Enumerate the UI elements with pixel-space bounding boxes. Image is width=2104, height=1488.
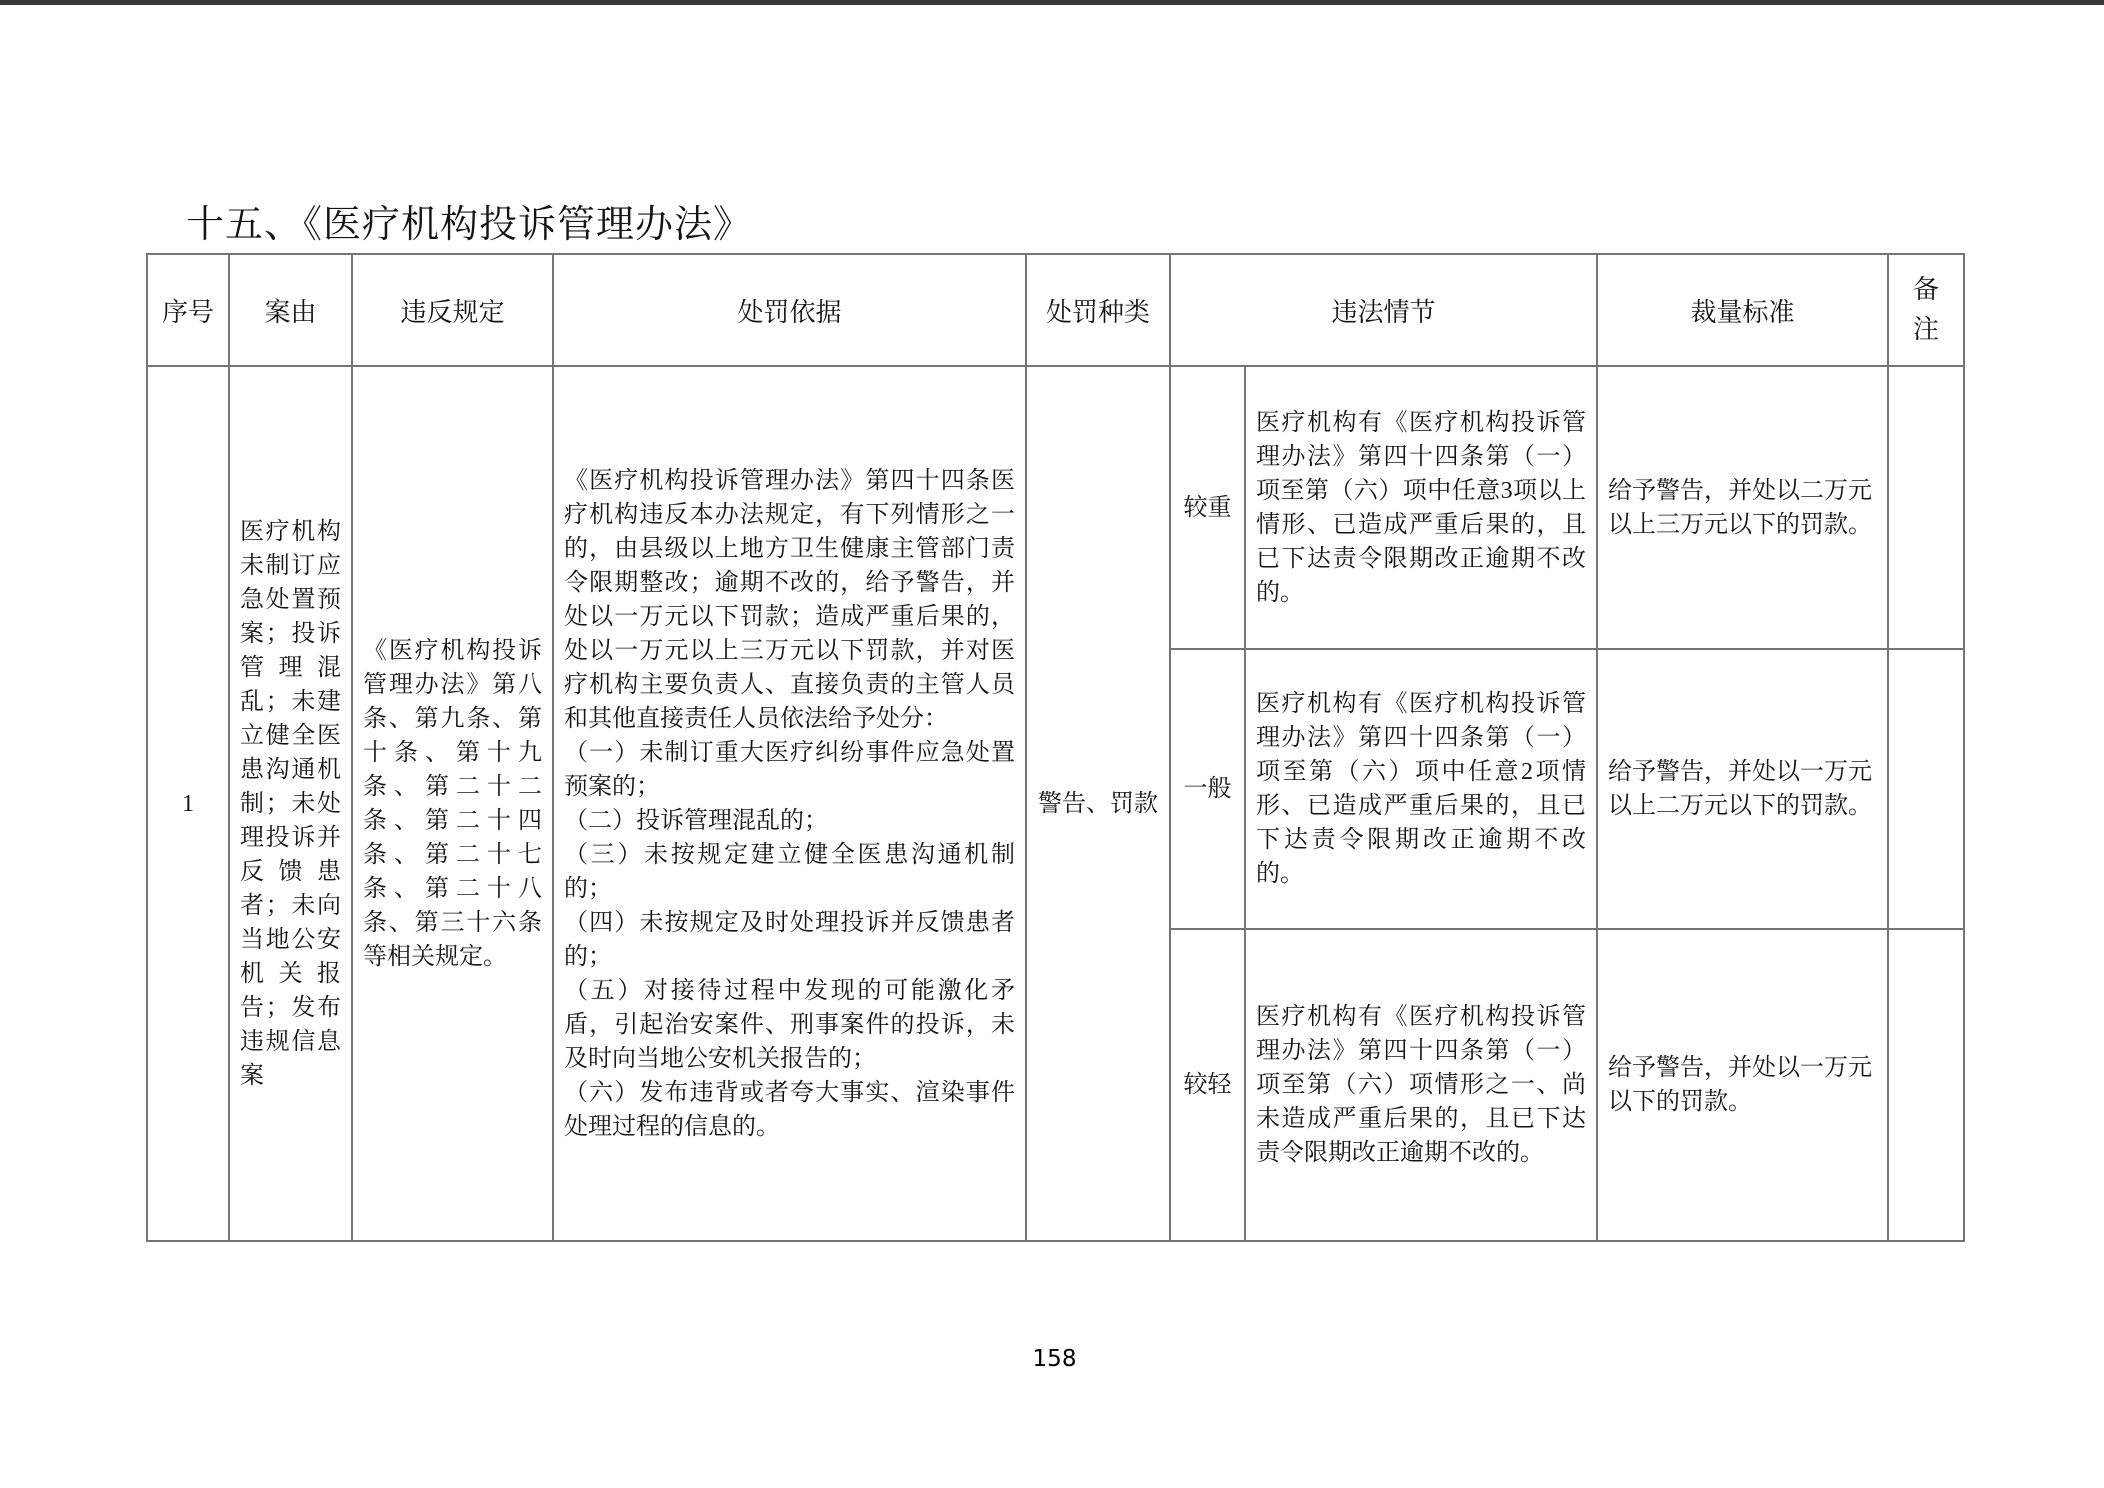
header-discretion-standard: 裁量标准 bbox=[1597, 254, 1888, 366]
penalty-type-cell: 警告、罚款 bbox=[1026, 366, 1170, 1241]
discretion-standard-cell: 给予警告，并处以一万元以上二万元以下的罚款。 bbox=[1597, 649, 1888, 929]
remarks-cell bbox=[1888, 929, 1964, 1241]
window-top-edge bbox=[0, 0, 2104, 5]
severity-cell: 较轻 bbox=[1170, 929, 1245, 1241]
remarks-cell bbox=[1888, 366, 1964, 649]
severity-cell: 一般 bbox=[1170, 649, 1245, 929]
index-cell: 1 bbox=[147, 366, 229, 1241]
header-violated-provisions: 违反规定 bbox=[352, 254, 553, 366]
header-remarks-label: 备注 bbox=[1911, 270, 1941, 351]
header-penalty-type: 处罚种类 bbox=[1026, 254, 1170, 366]
header-cause: 案由 bbox=[229, 254, 352, 366]
discretion-standard-cell: 给予警告，并处以一万元以下的罚款。 bbox=[1597, 929, 1888, 1241]
header-violation-circumstances: 违法情节 bbox=[1170, 254, 1597, 366]
page-title: 十五、《医疗机构投诉管理办法》 bbox=[186, 193, 752, 248]
circumstance-description-cell: 医疗机构有《医疗机构投诉管理办法》第四十四条第（一）项至第（六）项情形之一、尚未… bbox=[1245, 929, 1597, 1241]
penalty-discretion-table: 序号 案由 违反规定 处罚依据 处罚种类 违法情节 裁量标准 备注 1 医疗机构… bbox=[146, 253, 1965, 1242]
remarks-cell bbox=[1888, 649, 1964, 929]
circumstance-description-cell: 医疗机构有《医疗机构投诉管理办法》第四十四条第（一）项至第（六）项中任意2项情形… bbox=[1245, 649, 1597, 929]
header-index: 序号 bbox=[147, 254, 229, 366]
table-row: 1 医疗机构未制订应急处置预案；投诉管理混乱；未建立健全医患沟通机制；未处理投诉… bbox=[147, 366, 1964, 649]
page-number: 158 bbox=[146, 1346, 1963, 1372]
discretion-standard-cell: 给予警告，并处以二万元以上三万元以下的罚款。 bbox=[1597, 366, 1888, 649]
header-remarks: 备注 bbox=[1888, 254, 1964, 366]
severity-cell: 较重 bbox=[1170, 366, 1245, 649]
circumstance-description-cell: 医疗机构有《医疗机构投诉管理办法》第四十四条第（一）项至第（六）项中任意3项以上… bbox=[1245, 366, 1597, 649]
table-header-row: 序号 案由 违反规定 处罚依据 处罚种类 违法情节 裁量标准 备注 bbox=[147, 254, 1964, 366]
header-penalty-basis: 处罚依据 bbox=[553, 254, 1026, 366]
cause-cell: 医疗机构未制订应急处置预案；投诉管理混乱；未建立健全医患沟通机制；未处理投诉并反… bbox=[229, 366, 352, 1241]
violated-provisions-cell: 《医疗机构投诉管理办法》第八条、第九条、第十条、第十九条、第二十二条、第二十四条… bbox=[352, 366, 553, 1241]
penalty-basis-cell: 《医疗机构投诉管理办法》第四十四条医疗机构违反本办法规定，有下列情形之一的，由县… bbox=[553, 366, 1026, 1241]
